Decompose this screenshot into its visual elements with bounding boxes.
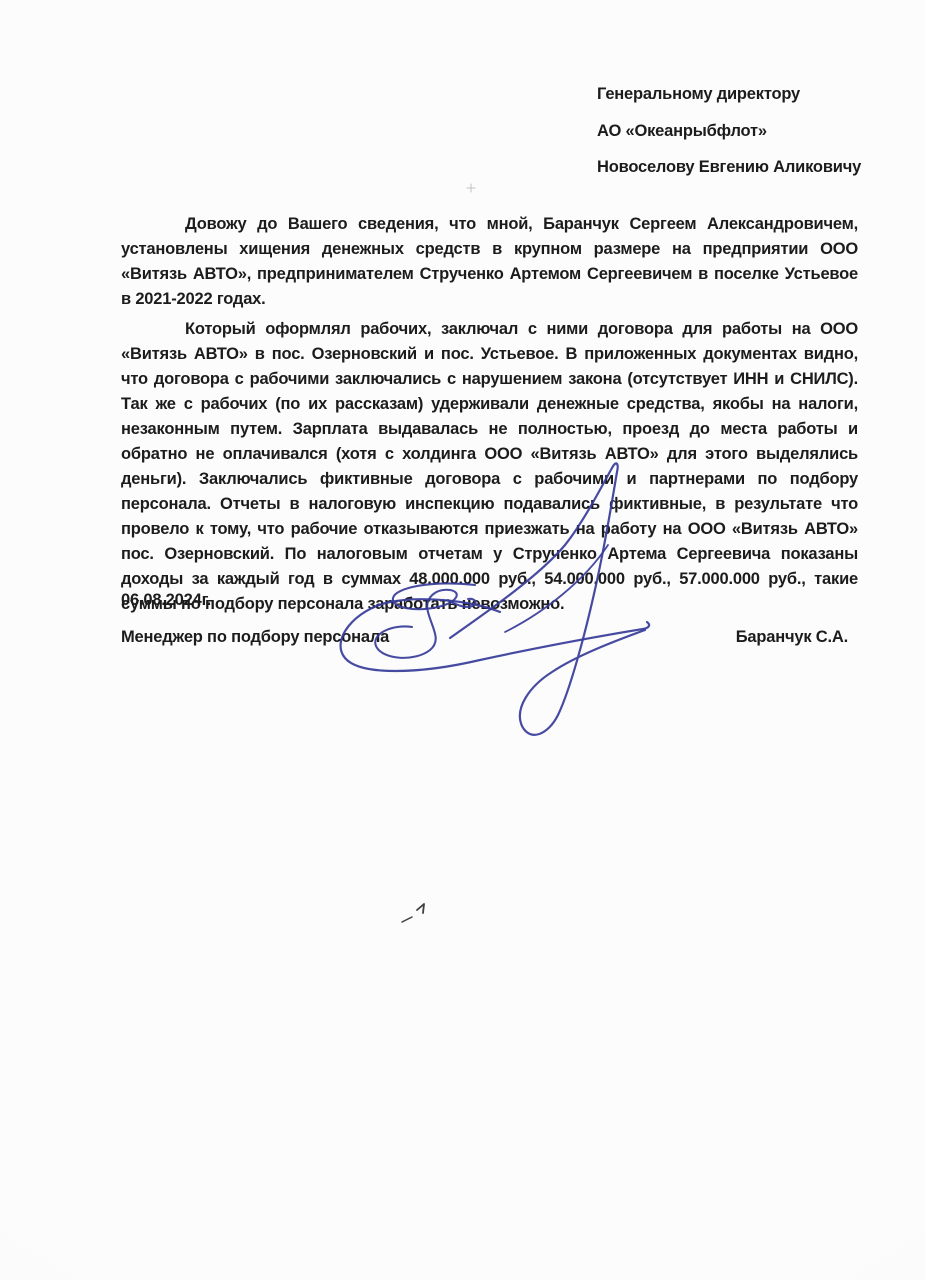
- recipient-line-role: Генеральному директору: [597, 76, 861, 113]
- recipient-line-company: АО «Океанрыбфлот»: [597, 113, 861, 150]
- ink-speck-check: [417, 904, 424, 913]
- letter-body: Довожу до Вашего сведения, что мной, Бар…: [121, 212, 858, 617]
- intro-paragraph: Довожу до Вашего сведения, что мной, Бар…: [121, 212, 858, 312]
- faint-plus-mark: [467, 184, 475, 192]
- position-title: Менеджер по подбору персонала: [121, 628, 389, 647]
- date-line: 06.08.2024г.: [121, 591, 211, 610]
- recipient-block: Генеральному директору АО «Океанрыбфлот»…: [597, 76, 861, 186]
- ink-speck-dash: [402, 917, 412, 922]
- signature-row: Менеджер по подбору персонала Баранчук С…: [121, 628, 848, 647]
- recipient-line-person: Новоселову Евгению Аликовичу: [597, 149, 861, 186]
- document-page: Генеральному директору АО «Океанрыбфлот»…: [0, 0, 925, 1280]
- details-paragraph: Который оформлял рабочих, заключал с ним…: [121, 317, 858, 617]
- signatory-name: Баранчук С.А.: [736, 628, 848, 647]
